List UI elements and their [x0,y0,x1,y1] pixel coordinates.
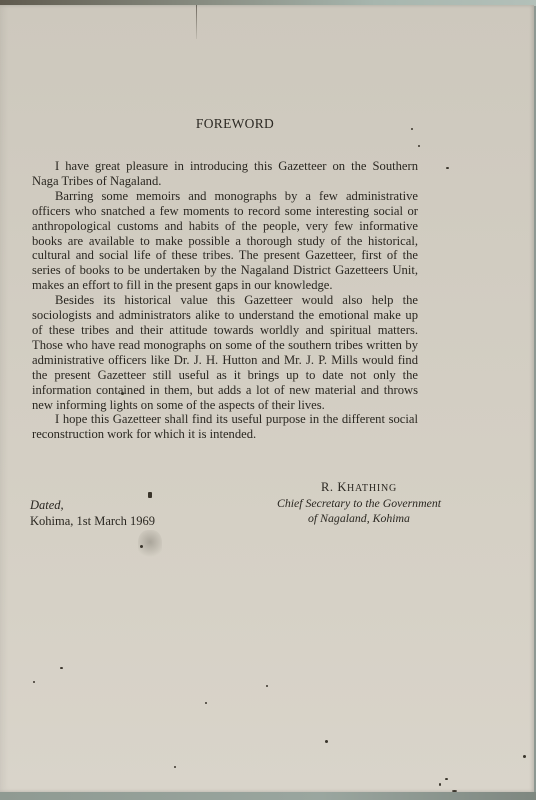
paper-speck [33,681,35,683]
paper-speck [418,145,420,147]
signatory-title: Chief Secretary to the Government [270,496,448,511]
signature-block: R. KHATHING Chief Secretary to the Gover… [270,480,448,526]
foreword-body: I have great pleasure in introducing thi… [32,159,418,442]
paper-speck [174,766,176,768]
paper-crease [196,5,197,39]
paper-speck [148,492,152,498]
paper-speck [523,755,526,758]
signatory-surname: HATHING [347,483,397,494]
page-title: FOREWORD [0,116,470,132]
paper-speck [411,128,413,130]
date-block: Dated, Kohima, 1st March 1969 [30,497,155,529]
paper-speck [205,702,207,704]
paper-speck [121,392,124,395]
paper-speck [266,685,268,687]
signatory-office: of Nagaland, Kohima [270,511,448,526]
paper-speck [140,545,143,548]
dated-label: Dated, [30,497,155,513]
signatory-initial: R. K [321,480,347,494]
paper-speck [60,667,63,669]
paragraph: I have great pleasure in introducing thi… [32,159,418,189]
paragraph: Barring some memoirs and monographs by a… [32,189,418,293]
paragraph: Besides its historical value this Gazett… [32,293,418,412]
paper-speck [445,778,448,780]
document-page: FOREWORD I have great pleasure in introd… [0,5,534,792]
signatory-name: R. KHATHING [270,480,448,496]
paper-speck [325,740,328,743]
background-edge-bottom [0,792,536,800]
paragraph: I hope this Gazetteer shall find its use… [32,412,418,442]
place-date: Kohima, 1st March 1969 [30,513,155,529]
paper-speck [446,167,449,169]
paper-speck [439,783,441,786]
